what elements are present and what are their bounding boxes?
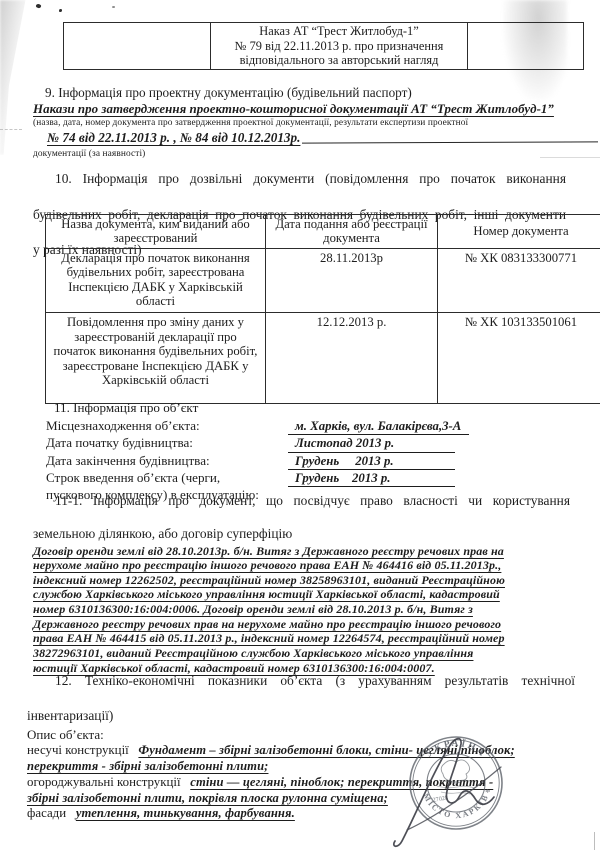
spec-label: огороджувальні конструкції (27, 775, 181, 789)
order-numbers-line: № 74 від 22.11.2013 р. , № 84 від 10.12.… (33, 130, 598, 146)
column-header-doc-name: Назва документа, ким виданий або зареєст… (46, 215, 266, 249)
scanned-document-page: { "header_table": { "order_lines": [ "На… (0, 0, 600, 850)
section-11-1: 11-1. Інформація про документ, що посвід… (33, 493, 570, 675)
ink-speck (35, 3, 41, 9)
project-doc-orders-entry: Накази про затвердження проектно-коштори… (33, 102, 598, 118)
land-entry-line: номер 6310136300:16:004:0006. Договір ор… (33, 602, 570, 617)
doc-number-cell: № ХК 103133501061 (438, 313, 600, 404)
field-value: Грудень 2013 р. (288, 470, 455, 487)
order-table-empty-cell-right (468, 23, 584, 70)
spec-value: утеплення, тинькування, фарбування. (76, 806, 295, 820)
order-numbers-entry: № 74 від 22.11.2013 р. , № 84 від 10.12.… (33, 130, 300, 146)
doc-date-cell: 28.11.2013р (266, 248, 438, 313)
column-header-date: Дата подання або реєстрації документа (266, 215, 438, 249)
section-11: 11. Інформація про об’єкт Місцезнаходжен… (46, 400, 591, 503)
object-field-row: Дата початку будівництва: Листопад 2013 … (46, 435, 591, 452)
field-value: м. Харків, вул. Балакірєва,3-А (288, 418, 469, 435)
object-field-row: Строк введення об’єкта (черги, Грудень 2… (46, 470, 591, 487)
land-entry-line: 38272963101, виданий Реєстраційною служб… (33, 646, 570, 661)
blank-rule-line (302, 141, 598, 143)
doc-number-cell: № ХК 083133300771 (438, 248, 600, 313)
stamp-svg: УКРАЇНА МІСТО ХАРКІВ 27028 * (381, 720, 535, 850)
scan-line-artifact (0, 129, 22, 130)
section-10-title-line: 10. Інформація про дозвільні документи (… (33, 170, 566, 206)
section-9: 9. Інформація про проектну документацію … (33, 85, 598, 160)
spec-label: несучі конструкції (27, 743, 129, 757)
table-header-row: Назва документа, ким виданий або зареєст… (46, 215, 600, 249)
column-header-number: Номер документа (438, 215, 600, 249)
table-row: Повідомлення про зміну даних у зареєстро… (46, 313, 600, 404)
object-field-row: Місцезнаходження об’єкта: м. Харків, вул… (46, 418, 591, 435)
order-reference-table: Наказ АТ “Трест Житлобуд-1” № 79 від 22.… (63, 22, 584, 70)
land-entry-line: службою Харківського міського управління… (33, 587, 570, 602)
official-stamp-and-signature: УКРАЇНА МІСТО ХАРКІВ 27028 * (381, 720, 535, 850)
section-11-title: 11. Інформація про об’єкт (46, 400, 591, 416)
stamp-star-icon: * (485, 787, 491, 799)
form-caption: документації (за наявності) (33, 148, 598, 160)
land-entry-line: права ЕАН № 464415 від 05.11.2013 р., ін… (33, 631, 570, 646)
table-row: Декларація про початок виконання будівел… (46, 248, 600, 313)
doc-name-cell: Повідомлення про зміну даних у зареєстро… (46, 313, 266, 404)
scan-smudge-left (0, 0, 30, 155)
order-line: відповідального за авторський нагляд (213, 53, 465, 68)
field-label: Дата закінчення будівництва: (46, 453, 288, 469)
land-document-entry: Договір оренди землі від 28.10.2013р. б/… (33, 544, 570, 676)
field-value: Листопад 2013 р. (288, 435, 455, 452)
permit-documents-table: Назва документа, ким виданий або зареєст… (45, 214, 600, 404)
object-field-row: Дата закінчення будівництва: Грудень 201… (46, 453, 591, 470)
field-value: Грудень 2013 р. (288, 453, 455, 470)
section-12-title-line: 12. Техніко-економічні показники об’єкта… (27, 672, 575, 707)
spec-value: перекриття - збірні залізобетонні плити; (27, 759, 268, 773)
spec-label: фасади (27, 806, 66, 820)
section-9-title: 9. Інформація про проектну документацію … (33, 85, 598, 101)
ink-speck (112, 6, 115, 8)
order-table-empty-cell-left (64, 23, 211, 70)
land-entry-line: Договір оренди землі від 28.10.2013р. б/… (33, 544, 570, 559)
doc-date-cell: 12.12.2013 р. (266, 313, 438, 404)
field-label: Дата початку будівництва: (46, 435, 288, 451)
land-entry-line: Державного реєстру речових прав на нерух… (33, 617, 570, 632)
spec-value: збірні залізобетонні плити, покрівля пло… (27, 791, 388, 805)
order-line: Наказ АТ “Трест Житлобуд-1” (213, 24, 465, 39)
field-label: Місцезнаходження об’єкта: (46, 418, 288, 434)
land-entry-line: індексний номер 12262502, реєстраційний … (33, 573, 570, 588)
order-line: № 79 від 22.11.2013 р. про призначення (213, 39, 465, 54)
ink-speck (59, 9, 62, 12)
field-label: Строк введення об’єкта (черги, (46, 470, 288, 486)
scan-line-artifact (594, 832, 595, 850)
form-caption: (назва, дата, номер документа про затвер… (33, 117, 598, 129)
land-entry-line: нерухоме майно про реєстрацію іншого реч… (33, 558, 570, 573)
order-table-order-cell: Наказ АТ “Трест Житлобуд-1” № 79 від 22.… (211, 23, 468, 70)
section-11-1-title-line: земельною ділянкою, або договір суперфіц… (33, 526, 570, 543)
doc-name-cell: Декларація про початок виконання будівел… (46, 248, 266, 313)
section-11-1-title-line: 11-1. Інформація про документ, що посвід… (33, 493, 570, 526)
